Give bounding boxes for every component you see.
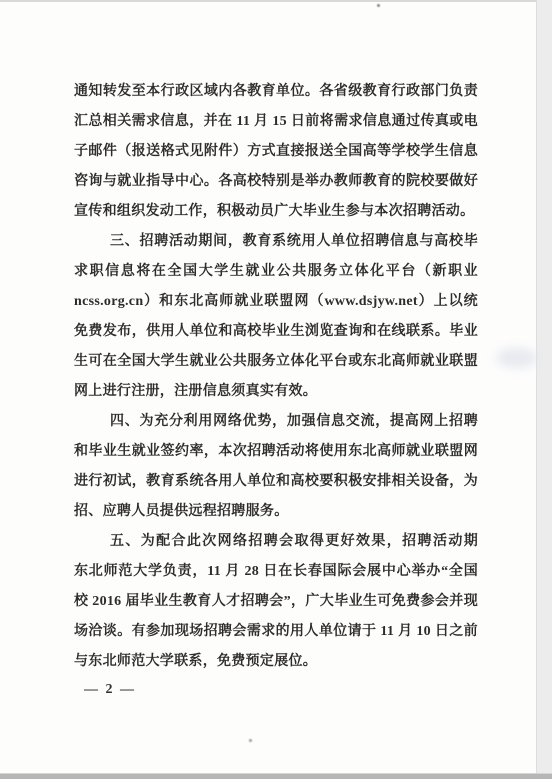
page-number: — 2 — xyxy=(84,680,136,700)
text-line: 通知转发至本行政区域内各教育单位。各省级教育行政部门负责 xyxy=(74,77,478,107)
text-line: 四、为充分利用网络优势，加强信息交流，提高网上招聘效率 xyxy=(74,407,478,437)
text-line: 五、为配合此次网络招聘会取得更好效果，招聘活动期间，由 xyxy=(74,527,478,557)
text-line: 免费发布，供用人单位和高校毕业生浏览查询和在线联系。毕业 xyxy=(74,317,478,347)
scan-edge-bottom xyxy=(0,773,552,779)
text-line: 校 2016 届毕业生教育人才招聘会”，广大毕业生可免费参会并现 xyxy=(74,587,478,617)
text-line: 进行初试，教育系统各用人单位和高校要积极安排相关设备，为 xyxy=(74,467,478,497)
scanned-document-page: 通知转发至本行政区域内各教育单位。各省级教育行政部门负责汇总相关需求信息，并在 … xyxy=(0,0,552,779)
text-line: 招、应聘人员提供远程招聘服务。 xyxy=(74,497,478,527)
document-body: 通知转发至本行政区域内各教育单位。各省级教育行政部门负责汇总相关需求信息，并在 … xyxy=(74,77,478,677)
text-line: 网上进行注册，注册信息须真实有效。 xyxy=(74,377,478,407)
text-line: 东北师范大学负责，11 月 28 日在长春国际会展中心举办“全国高 xyxy=(74,557,478,587)
text-line: 宣传和组织发动工作，积极动员广大毕业生参与本次招聘活动。 xyxy=(74,197,478,227)
text-line: 三、招聘活动期间，教育系统用人单位招聘信息与高校毕业生 xyxy=(74,227,478,257)
text-line: 和毕业生就业签约率，本次招聘活动将使用东北高师就业联盟网 xyxy=(74,437,478,467)
text-line: 与东北师范大学联系，免费预定展位。 xyxy=(74,647,478,677)
text-line: 咨询与就业指导中心。各高校特别是举办教师教育的院校要做好 xyxy=(74,167,478,197)
scan-artifact-dot-top xyxy=(377,4,380,7)
text-line: 生可在全国大学生就业公共服务立体化平台或东北高师就业联盟 xyxy=(74,347,478,377)
text-line: 子邮件（报送格式见附件）方式直接报送全国高等学校学生信息 xyxy=(74,137,478,167)
scan-edge-right xyxy=(536,0,552,779)
text-line: 求职信息将在全国大学生就业公共服务立体化平台（新职业 www. xyxy=(74,257,478,287)
text-line: 场洽谈。有参加现场招聘会需求的用人单位请于 11 月 10 日之前 xyxy=(74,617,478,647)
scan-artifact-dot-bottom xyxy=(249,739,252,742)
scan-artifact-smudge xyxy=(496,348,538,368)
text-line: ncss.org.cn）和东北高师就业联盟网（www.dsjyw.net）上以统… xyxy=(74,287,478,317)
text-line: 汇总相关需求信息，并在 11 月 15 日前将需求信息通过传真或电 xyxy=(74,107,478,137)
scan-edge-top xyxy=(0,0,552,2)
